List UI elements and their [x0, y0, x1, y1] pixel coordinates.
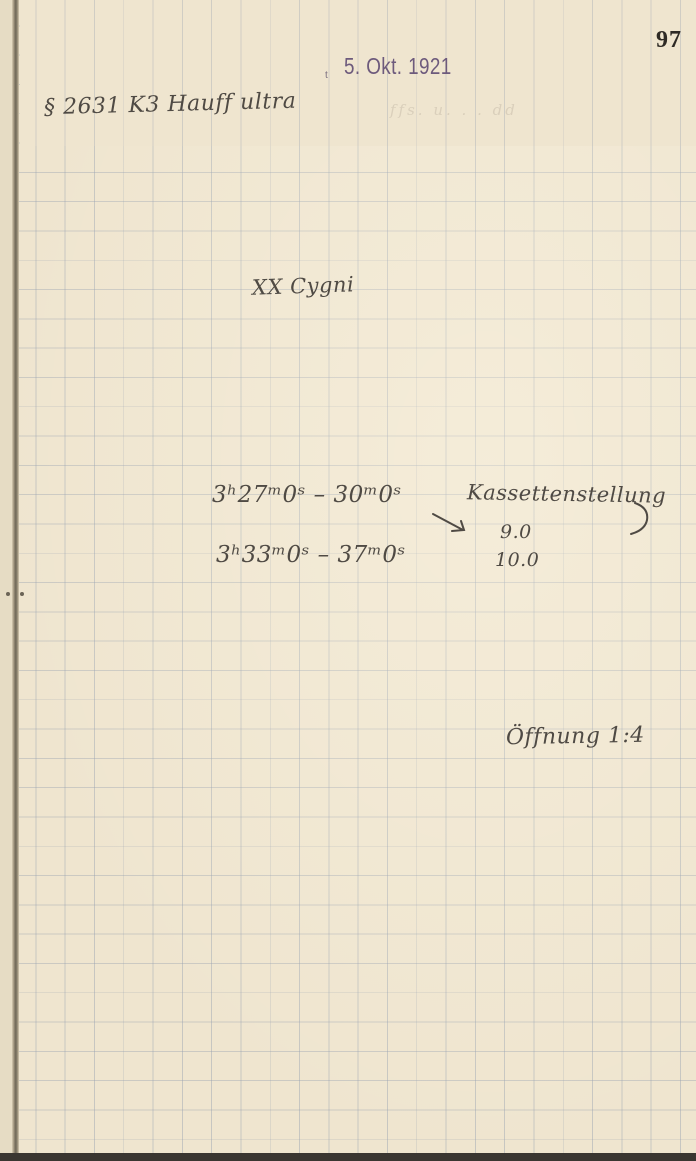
- binding-spine: [12, 0, 19, 1161]
- binding-stitch-icon: [6, 592, 10, 596]
- exposure-time-2: 3ʰ33ᵐ0ˢ – 37ᵐ0ˢ: [216, 542, 406, 568]
- exposure-time-1: 3ʰ27ᵐ0ˢ – 30ᵐ0ˢ: [212, 482, 402, 508]
- page-number: 97: [656, 27, 682, 54]
- date-stamp: 5. Okt. 1921: [344, 53, 452, 80]
- object-name: XX Cygni: [252, 272, 355, 300]
- binding-stitch-icon: [20, 592, 24, 596]
- exposure-value-1: 9.0: [500, 521, 532, 543]
- stamp-prefix: t: [325, 70, 328, 81]
- exposure-value-2: 10.0: [495, 549, 539, 571]
- page-gutter: [0, 0, 12, 1161]
- bleed-through-text: ffs. u. . . dd: [390, 101, 518, 119]
- arrow-icon: [430, 510, 470, 536]
- page-bottom-edge: [0, 1153, 696, 1161]
- curl-bracket-icon: [625, 500, 655, 540]
- aperture-note: Öffnung 1:4: [506, 723, 645, 750]
- notebook-page: [0, 0, 696, 1161]
